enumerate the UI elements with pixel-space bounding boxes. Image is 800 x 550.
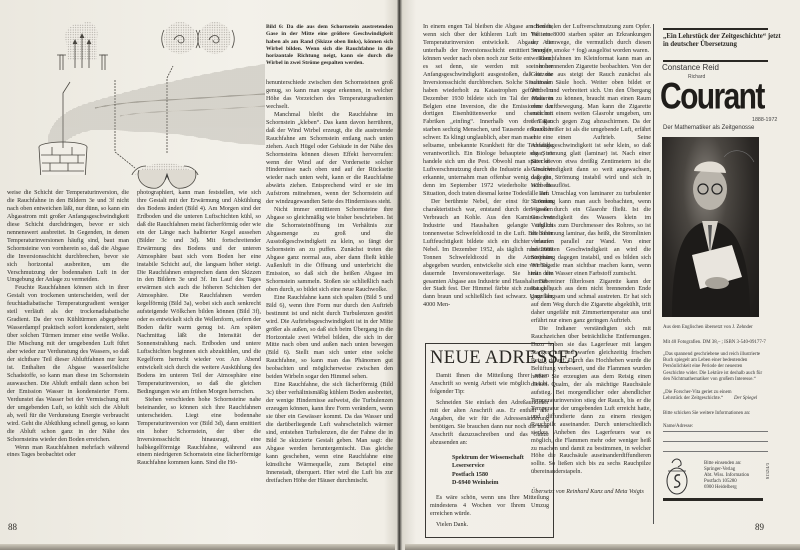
book-details: Mit 40 Fotografien. DM 38,– ; ISBN 3-540…: [663, 340, 768, 346]
paragraph: Die Indianer verständigten sich mit Rauc…: [531, 326, 651, 477]
paragraph: Bei einer filterlosen Zigarette kann der…: [531, 279, 651, 327]
address-line: D-6940 Weinheim: [452, 479, 549, 488]
form-line[interactable]: [663, 451, 768, 452]
translation-credit: Übersetzt von Reinhard Kunz und Meta Voi…: [531, 488, 651, 496]
book-years: 1888-1972: [752, 117, 777, 123]
ad-rule-top: [663, 28, 768, 30]
magazine-spread: Bild 6: Da die aus dem Schornstein austr…: [0, 0, 800, 550]
page-edge-left: [0, 544, 395, 550]
paragraph: photographiert, kann man feststellen, wi…: [137, 190, 261, 397]
book-advertisement: „Ein Lehrstück der Zeitgeschichte“ jetzt…: [652, 0, 800, 550]
form-line[interactable]: [663, 441, 768, 442]
paragraph: schen fielen der Luftverschmutzung zum O…: [531, 24, 651, 56]
paragraph: Nicht immer emittieren Schornsteine ihre…: [266, 207, 393, 294]
left-page-column-2: photographiert, kann man feststellen, wi…: [137, 190, 261, 468]
review-source: Der Spiegel: [734, 396, 774, 402]
form-line[interactable]: [663, 431, 768, 432]
paragraph: Eine Rauchfahne, die sich fächerförmig (…: [266, 382, 393, 485]
paragraph: Den Umschlag von laminarer zu turbulente…: [531, 191, 651, 278]
portrait-photo: [662, 137, 759, 317]
paragraph: Stehen verschieden hohe Schornsteine nah…: [137, 397, 261, 469]
page-number-left: 88: [8, 522, 17, 532]
notice-paragraph: Es wäre schön, wenn uns Ihre Mitteilung …: [430, 495, 549, 519]
ad-rule: [663, 60, 768, 62]
smoke-plume: [48, 64, 265, 148]
book-subtitle: Der Mathematiker als Zeitgenosse: [663, 125, 754, 131]
ad-divider: [653, 24, 654, 524]
ad-code: S132/4/3: [765, 463, 770, 479]
left-page-column-3: henunterschiede zwischen den Schornstein…: [266, 80, 393, 486]
springer-chess-knight-logo-icon: [666, 457, 688, 495]
paragraph: Wenn man Rauchfahnen mehrfach während ei…: [7, 445, 129, 461]
translator-note: Aus dem Englischen übersetzt von J. Zehn…: [663, 325, 768, 331]
page-number-right: 89: [755, 522, 764, 532]
ad-headline: „Ein Lehrstück der Zeitgeschichte“ jetzt…: [663, 33, 781, 50]
paragraph: Feuchte Rauchfahnen können sich in ihrer…: [7, 285, 129, 444]
page-edge-right: [405, 544, 800, 550]
figure-caption: Bild 6: Da die aus dem Schornstein austr…: [266, 24, 393, 68]
left-page-column-1: weise die Schicht der Temperaturinversio…: [7, 190, 129, 460]
paragraph: Manchmal bleibt die Rauchfahne im Schorn…: [266, 112, 393, 207]
paragraph: weise die Schicht der Temperaturinversio…: [7, 190, 129, 285]
paragraph: henunterschiede zwischen den Schornstein…: [266, 80, 393, 112]
notice-thanks: Vielen Dank.: [430, 522, 549, 530]
name-address-field-label: Name/Adresse:: [663, 424, 768, 430]
send-to-address: Bitte einsenden an: Springer-Verlag Abt.…: [704, 461, 749, 491]
chimney-plume-illustration: [0, 0, 265, 175]
send-to-line: 6900 Heidelberg: [704, 485, 749, 491]
right-page-column-2: schen fielen der Luftverschmutzung zum O…: [531, 24, 651, 477]
ad-rule-bottom: [663, 498, 763, 501]
portrait-figure-icon: [662, 137, 759, 317]
book-author: Constance Reid: [662, 63, 719, 72]
vortex-bottom-icon: [135, 170, 200, 192]
info-request: Bitte schicken Sie weitere Informationen…: [663, 411, 768, 417]
paragraph: Eine Rauchfahne kann sich spalten (Bild …: [266, 295, 393, 382]
review-quote: „Das spannend geschriebene und reich ill…: [663, 352, 765, 383]
paragraph: Rauchfahnen im Kleinformat kann man an e…: [531, 56, 651, 191]
book-title: Courant: [660, 76, 764, 119]
